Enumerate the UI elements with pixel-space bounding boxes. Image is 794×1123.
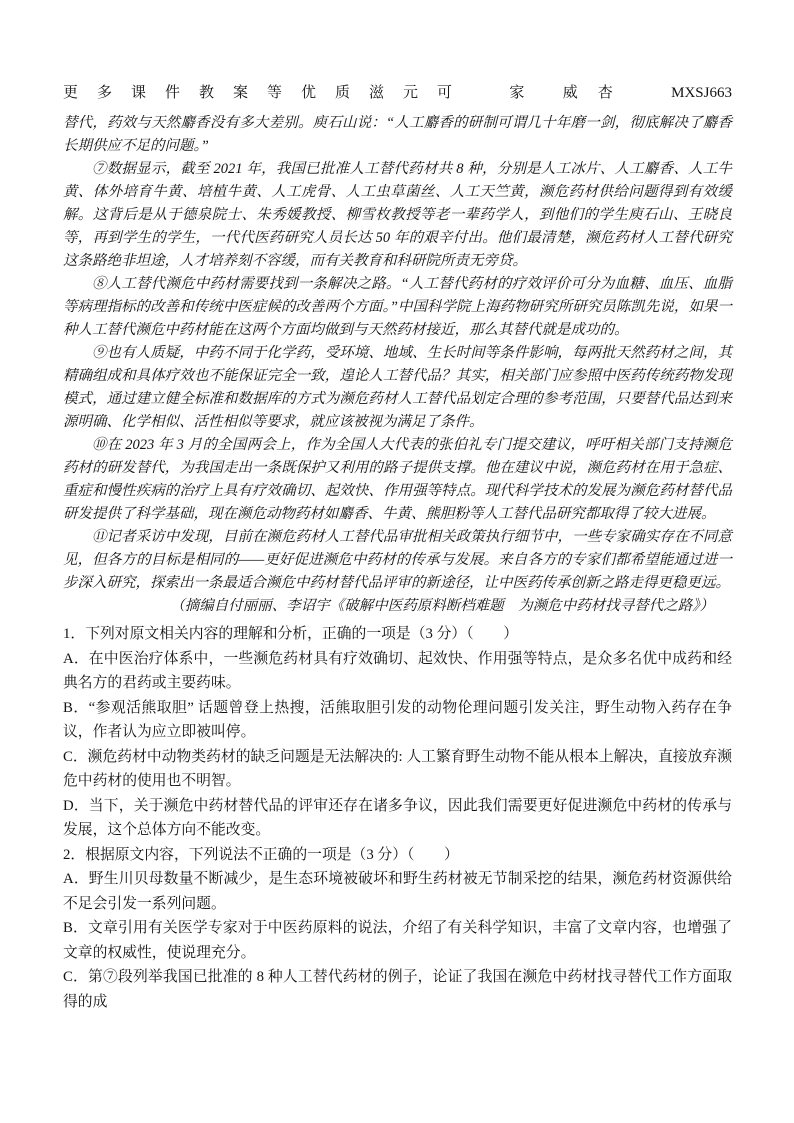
questions-section: 1．下列对原文相关内容的理解和分析，正确的一项是（3 分）（ ） A．在中医治疗…: [63, 622, 732, 1014]
article-paragraph-10: ⑩在 2023 年 3 月的全国两会上，作为全国人大代表的张伯礼专门提交建议，呼…: [63, 434, 732, 526]
watermark-text-right: 威杏: [563, 84, 633, 102]
question-2-stem: 2．根据原文内容，下列说法不正确的一项是（3 分）（ ）: [63, 843, 732, 868]
article-body: 替代，药效与天然麝香没有多大差别。庾石山说：“人工麝香的研制可谓几十年磨一剑，彻…: [63, 112, 732, 618]
watermark-code: MXSJ663: [671, 84, 732, 102]
question-2-option-c: C．第⑦段列举我国已批准的 8 种人工替代药材的例子，论证了我国在濒危中药材找寻…: [63, 965, 732, 1014]
question-1-option-b: B．“参观活熊取胆” 话题曾登上热搜，活熊取胆引发的动物伦理问题引发关注，野生动…: [63, 696, 732, 745]
question-1-option-c: C．濒危药材中动物类药材的缺乏问题是无法解决的: 人工繁育野生动物不能从根本上解…: [63, 745, 732, 794]
question-2-option-b: B．文章引用有关医学专家对于中医药原料的说法，介绍了有关科学知识，丰富了文章内容…: [63, 916, 732, 965]
watermark-text-left: 更多课件教案等优质滋元可: [63, 84, 471, 102]
article-paragraph-continuation: 替代，药效与天然麝香没有多大差别。庾石山说：“人工麝香的研制可谓几十年磨一剑，彻…: [63, 112, 732, 158]
watermark-text-middle: 家: [509, 84, 524, 102]
article-paragraph-8: ⑧人工替代濒危中药材需要找到一条解决之路。“人工替代药材的疗效评价可分为血糖、血…: [63, 273, 732, 342]
question-1-option-d: D．当下，关于濒危中药材替代品的评审还存在诸多争议，因此我们需要更好促进濒危中药…: [63, 794, 732, 843]
article-attribution: （摘编自付丽丽、李诏宇《破解中医药原料断档难题 为濒危中药材找寻替代之路》）: [63, 595, 732, 618]
question-1-option-a: A．在中医治疗体系中，一些濒危药材具有疗效确切、起效快、作用强等特点，是众多名优…: [63, 647, 732, 696]
question-2-option-a: A．野生川贝母数量不断减少，是生态环境被破坏和野生药材被无节制采挖的结果，濒危药…: [63, 867, 732, 916]
question-1-stem: 1．下列对原文相关内容的理解和分析，正确的一项是（3 分）（ ）: [63, 622, 732, 647]
article-paragraph-7: ⑦数据显示，截至 2021 年，我国已批准人工替代药材共 8 种，分别是人工冰片…: [63, 158, 732, 273]
article-paragraph-11: ⑪记者采访中发现，目前在濒危药材人工替代品审批相关政策执行细节中，一些专家确实存…: [63, 526, 732, 595]
header-watermark: 更多课件教案等优质滋元可 家 威杏 MXSJ663: [63, 84, 732, 102]
article-paragraph-9: ⑨也有人质疑，中药不同于化学药，受环境、地域、生长时间等条件影响，每两批天然药材…: [63, 342, 732, 434]
document-page: 更多课件教案等优质滋元可 家 威杏 MXSJ663 替代，药效与天然麝香没有多大…: [0, 0, 794, 1123]
